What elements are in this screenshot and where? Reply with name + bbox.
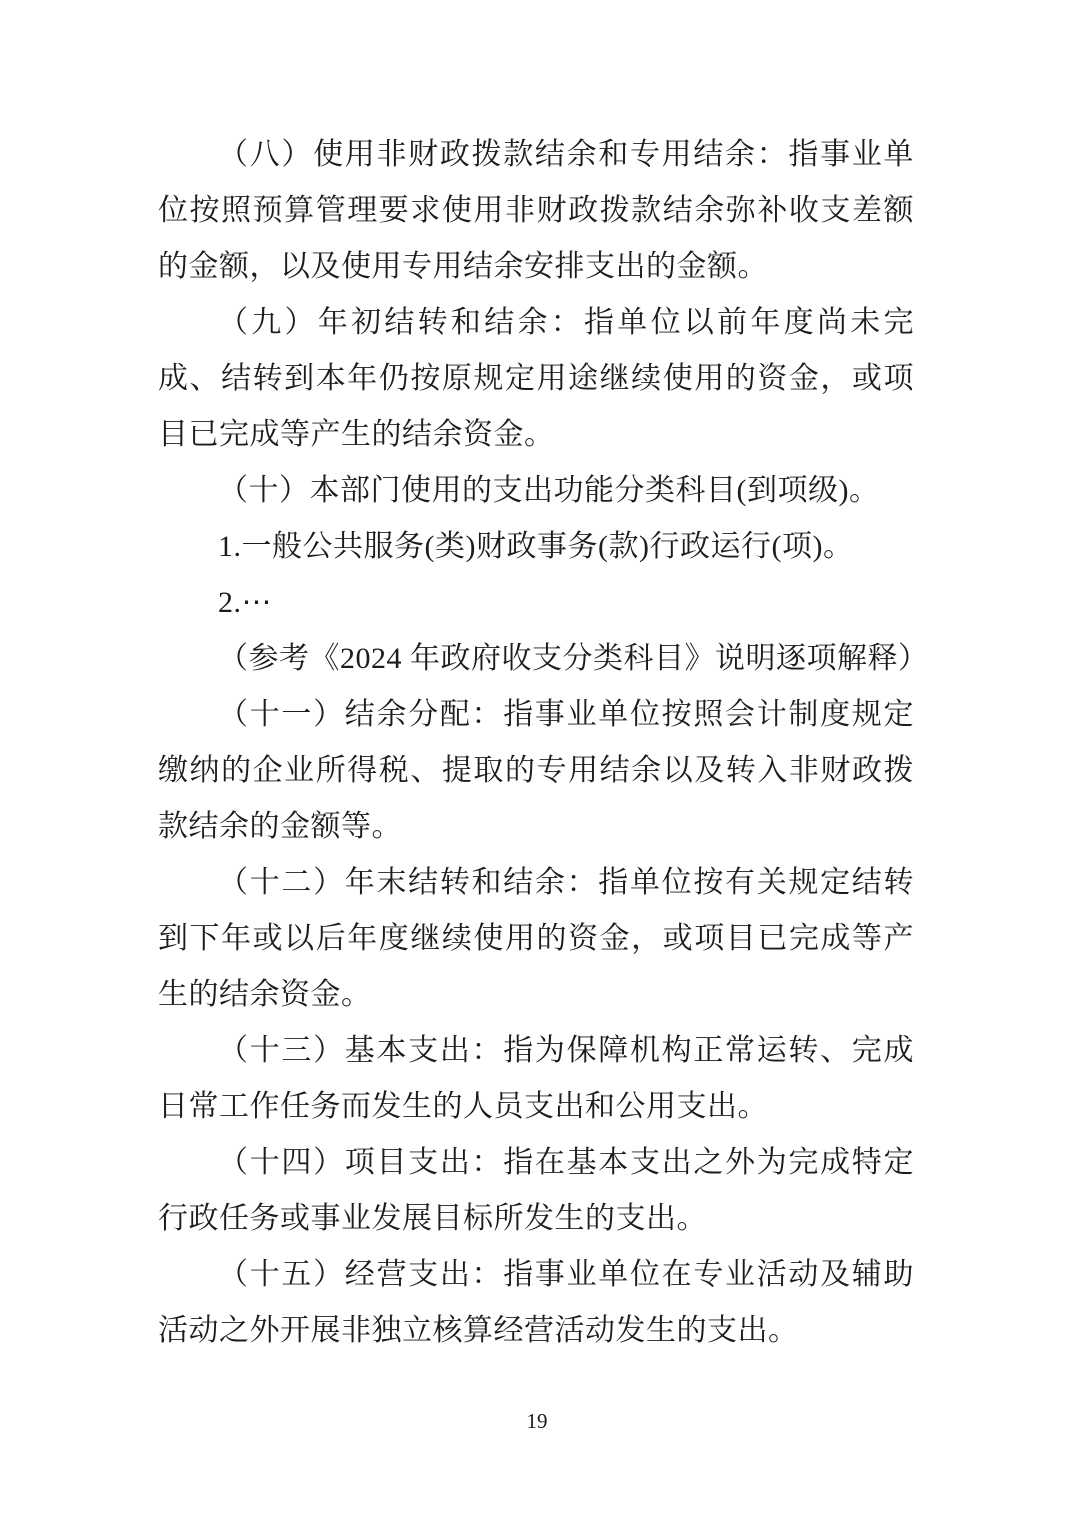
document-page: （八）使用非财政拨款结余和专用结余：指事业单位按照预算管理要求使用非财政拨款结余… <box>0 0 1074 1520</box>
page-number: 19 <box>527 1409 548 1433</box>
paragraph-item-14: （十四）项目支出：指在基本支出之外为完成特定行政任务或事业发展目标所发生的支出。 <box>158 1135 914 1247</box>
document-body: （八）使用非财政拨款结余和专用结余：指事业单位按照预算管理要求使用非财政拨款结余… <box>158 127 914 1359</box>
paragraph-item-12: （十二）年末结转和结余：指单位按有关规定结转到下年或以后年度继续使用的资金，或项… <box>158 855 914 1023</box>
page-footer: 19 <box>0 1406 1074 1436</box>
paragraph-subitem-1: 1.一般公共服务(类)财政事务(款)行政运行(项)。 <box>158 519 914 575</box>
paragraph-item-8: （八）使用非财政拨款结余和专用结余：指事业单位按照预算管理要求使用非财政拨款结余… <box>158 127 914 295</box>
paragraph-item-10: （十）本部门使用的支出功能分类科目(到项级)。 <box>158 463 914 519</box>
paragraph-reference-note: （参考《2024 年政府收支分类科目》说明逐项解释） <box>158 631 914 687</box>
paragraph-item-13: （十三）基本支出：指为保障机构正常运转、完成日常工作任务而发生的人员支出和公用支… <box>158 1023 914 1135</box>
paragraph-item-9: （九）年初结转和结余：指单位以前年度尚未完成、结转到本年仍按原规定用途继续使用的… <box>158 295 914 463</box>
paragraph-subitem-2: 2.⋯ <box>158 575 914 631</box>
paragraph-item-11: （十一）结余分配：指事业单位按照会计制度规定缴纳的企业所得税、提取的专用结余以及… <box>158 687 914 855</box>
paragraph-item-15: （十五）经营支出：指事业单位在专业活动及辅助活动之外开展非独立核算经营活动发生的… <box>158 1247 914 1359</box>
